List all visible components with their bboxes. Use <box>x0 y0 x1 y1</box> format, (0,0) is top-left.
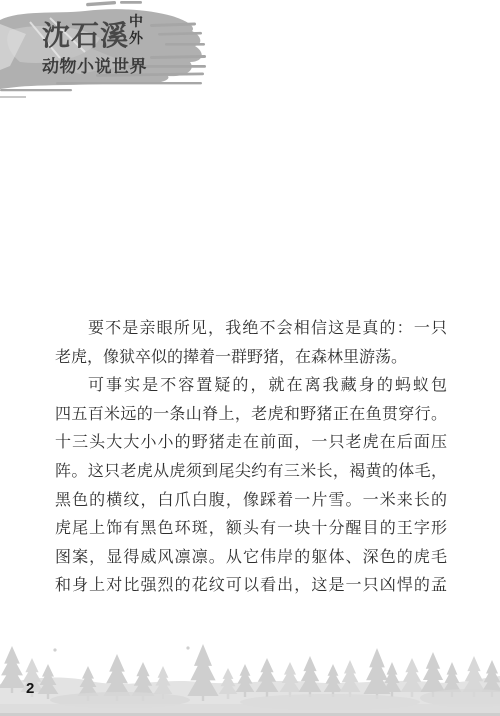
pine-tree <box>299 656 322 697</box>
series-title: 沈石溪 <box>42 14 129 54</box>
pine-tree <box>280 662 301 697</box>
forest-silhouette <box>0 638 500 716</box>
series-logo-header: 沈石溪 中 外 动物小说世界 <box>0 0 240 110</box>
badge-char-top: 中 <box>129 13 143 30</box>
body-text: 要不是亲眼所见，我绝不会相信这是真的：一只 老虎，像狱卒似的撵着一群野猪，在森林… <box>55 315 447 601</box>
pine-tree <box>401 658 424 697</box>
badge-char-bottom: 外 <box>129 30 143 47</box>
text-line: 四五百米远的一条山脊上，老虎和野猪正在鱼贯穿行。 <box>55 401 447 430</box>
text-line: 图案，显得威风凛凛。从它伟岸的躯体、深色的虎毛 <box>55 544 447 573</box>
text-line: 十三头大大小小的野猪走在前面，一只老虎在后面压 <box>55 429 447 458</box>
pine-tree <box>256 658 279 697</box>
series-subtitle: 动物小说世界 <box>42 52 147 77</box>
text-line: 黑色的横纹，白爪白腹，像踩着一片雪。一米来长的 <box>55 487 447 516</box>
pine-tree <box>340 660 361 697</box>
text-line: 要不是亲眼所见，我绝不会相信这是真的：一只 <box>55 315 447 344</box>
book-page: 沈石溪 中 外 动物小说世界 要不是亲眼所见，我绝不会相信这是真的：一只 老虎，… <box>0 0 500 716</box>
pine-tree <box>187 644 218 701</box>
pine-tree <box>0 646 26 693</box>
text-line: 老虎，像狱卒似的撵着一群野猪，在森林里游荡。 <box>55 344 447 373</box>
text-line: 阵。这只老虎从虎须到尾尖约有三米长，褐黄的体毛， <box>55 458 447 487</box>
page-number: 2 <box>26 680 34 697</box>
pine-tree <box>421 652 446 697</box>
text-line: 可事实是不容置疑的，就在离我藏身的蚂蚁包 <box>55 372 447 401</box>
text-line: 和身上对比强烈的花纹可以看出，这是一只凶悍的孟 <box>55 572 447 601</box>
text-line: 虎尾上饰有黑色环斑，额头有一块十分醒目的王字形 <box>55 515 447 544</box>
zhongwai-badge: 中 外 <box>127 13 145 47</box>
